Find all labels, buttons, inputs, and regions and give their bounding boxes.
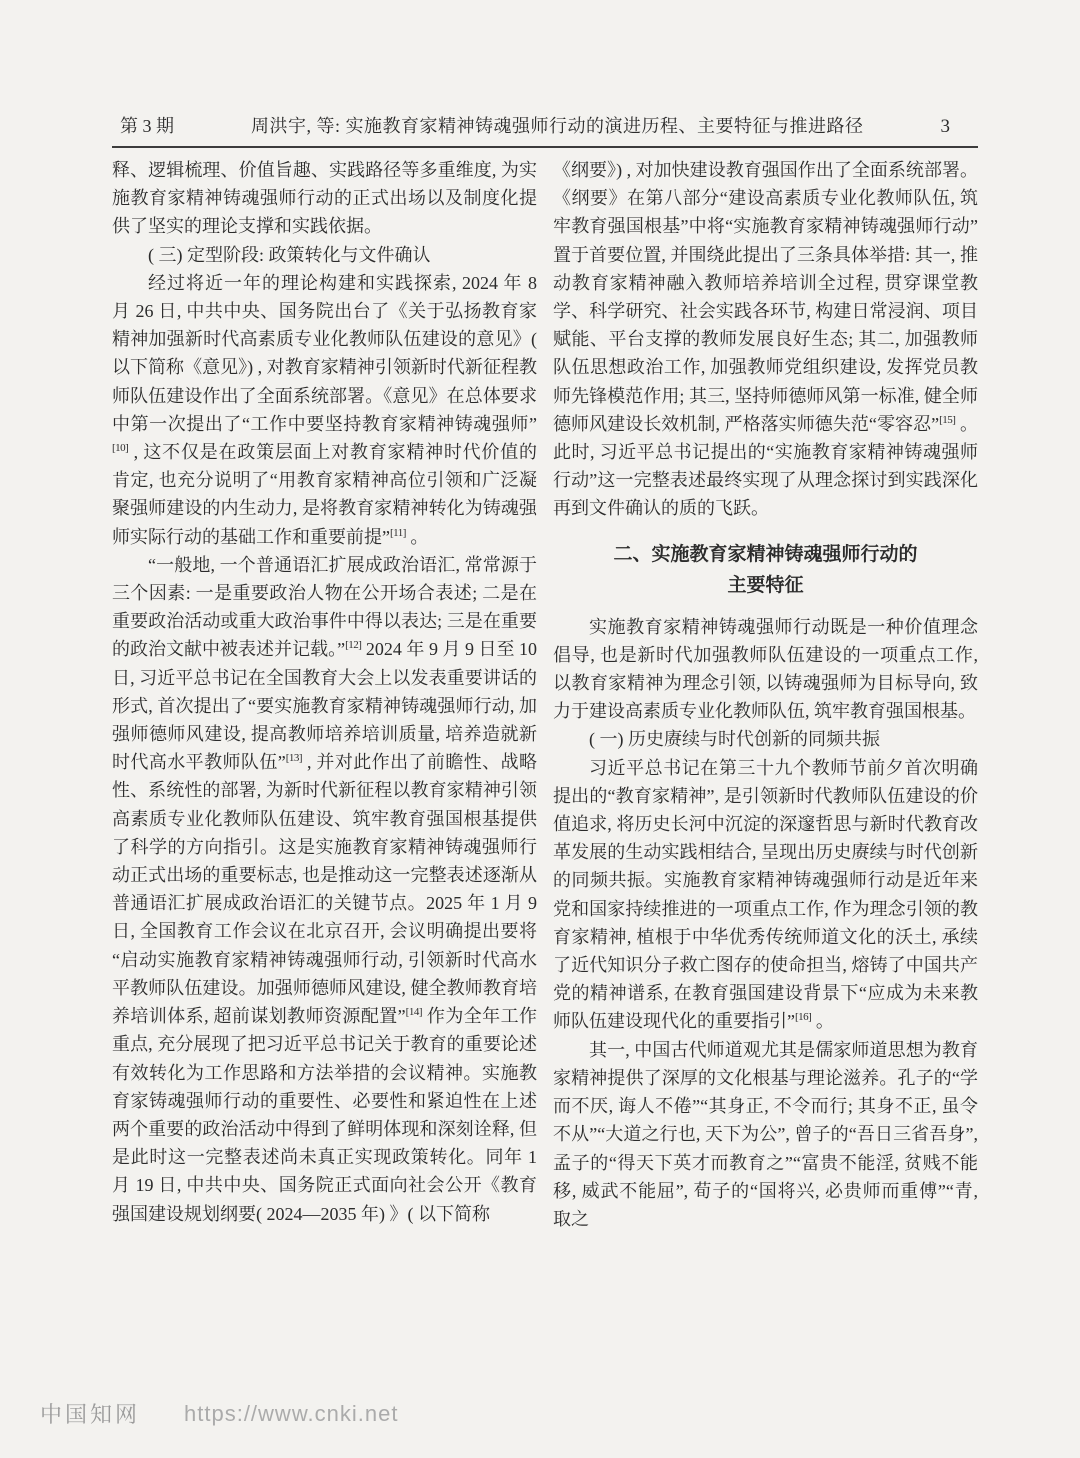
paragraph: 释、逻辑梳理、价值旨趣、实践路径等多重维度, 为实施教育家精神铸魂强师行动的正式… [112,156,537,241]
cnki-url: https://www.cnki.net [184,1401,398,1427]
sub-heading: ( 三) 定型阶段: 政策转化与文件确认 [112,241,537,269]
citation-superscript: [15] [939,414,955,426]
section-heading: 二、实施教育家精神铸魂强师行动的 主要特征 [553,539,978,601]
citation-superscript: [10] [112,442,128,454]
paragraph: 习近平总书记在第三十九个教师节前夕首次明确提出的“教育家精神”, 是引领新时代教… [553,754,978,1036]
journal-issue: 第 3 期 [112,112,174,138]
page-number: 3 [941,116,979,138]
paragraph: “一般地, 一个普通语汇扩展成政治语汇, 常常源于三个因素: 一是重要政治人物在… [112,551,537,1228]
paper-page: 第 3 期 周洪宇, 等: 实施教育家精神铸魂强师行动的演进历程、主要特征与推进… [0,0,1080,1458]
citation-superscript: [14] [406,1006,422,1018]
cnki-site-name: 中国知网 [40,1398,140,1429]
paragraph: 实施教育家精神铸魂强师行动既是一种价值理念倡导, 也是新时代加强教师队伍建设的一… [553,613,978,726]
running-title: 周洪宇, 等: 实施教育家精神铸魂强师行动的演进历程、主要特征与推进路径 [174,112,941,138]
citation-superscript: [11] [390,527,406,539]
citation-superscript: [12] [345,639,361,651]
citation-superscript: [16] [795,1011,811,1023]
citation-superscript: [13] [286,752,302,764]
article-body: 释、逻辑梳理、价值旨趣、实践路径等多重维度, 为实施教育家精神铸魂强师行动的正式… [112,156,978,1233]
paragraph: 《纲要》) , 对加快建设教育强国作出了全面系统部署。《纲要》在第八部分“建设高… [553,156,978,523]
paragraph: 经过将近一年的理论构建和实践探索, 2024 年 8 月 26 日, 中共中央、… [112,269,537,551]
right-column: 《纲要》) , 对加快建设教育强国作出了全面系统部署。《纲要》在第八部分“建设高… [553,156,978,1233]
page-header: 第 3 期 周洪宇, 等: 实施教育家精神铸魂强师行动的演进历程、主要特征与推进… [112,104,978,148]
sub-heading: ( 一) 历史赓续与时代创新的同频共振 [553,725,978,753]
paragraph: 其一, 中国古代师道观尤其是儒家师道思想为教育家精神提供了深厚的文化根基与理论滋… [553,1036,978,1233]
left-column: 释、逻辑梳理、价值旨趣、实践路径等多重维度, 为实施教育家精神铸魂强师行动的正式… [112,156,537,1233]
cnki-watermark: 中国知网 https://www.cnki.net [40,1398,398,1429]
